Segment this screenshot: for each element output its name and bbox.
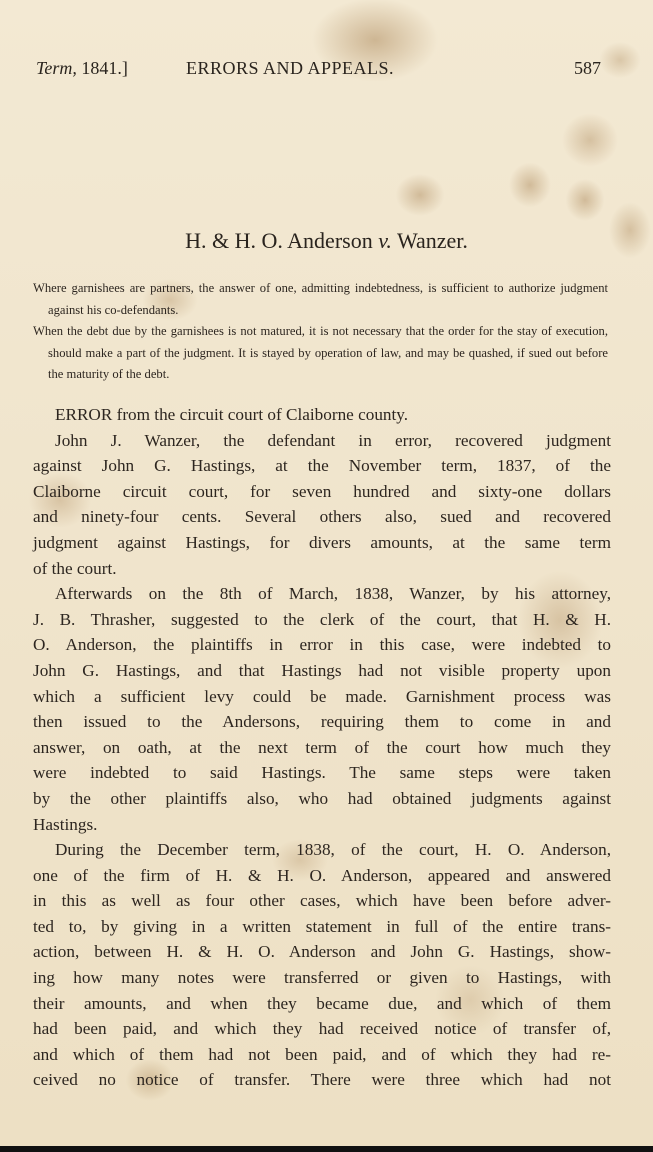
opinion-body: ERROR from the circuit court of Claiborn… bbox=[33, 402, 611, 1093]
text-line: and ninety-four cents. Several others al… bbox=[33, 504, 611, 530]
text-line: by the other plaintiffs also, who had ob… bbox=[33, 786, 611, 812]
paragraph-december-term: During the December term, 1838, of the c… bbox=[33, 837, 611, 1093]
text-line: answer, on oath, at the next term of the… bbox=[33, 735, 611, 761]
text-line: had been paid, and which they had receiv… bbox=[33, 1016, 611, 1042]
text-line: action, between H. & H. O. Anderson and … bbox=[33, 939, 611, 965]
text-line: and which of them had not been paid, and… bbox=[33, 1042, 611, 1068]
term-word: Term, bbox=[36, 58, 77, 78]
text-line: During the December term, 1838, of the c… bbox=[33, 837, 611, 863]
text-line: Claiborne circuit court, for seven hundr… bbox=[33, 479, 611, 505]
case-party-defendant: Wanzer. bbox=[397, 228, 468, 253]
text-line: judgment against Hastings, for divers am… bbox=[33, 530, 611, 556]
case-title: H. & H. O. Anderson v. Wanzer. bbox=[0, 228, 653, 254]
text-line: against John G. Hastings, at the Novembe… bbox=[33, 453, 611, 479]
text-line: then issued to the Andersons, requiring … bbox=[33, 709, 611, 735]
text-line: J. B. Thrasher, suggested to the clerk o… bbox=[33, 607, 611, 633]
text-line: their amounts, and when they became due,… bbox=[33, 991, 611, 1017]
headnotes: Where garnishees are partners, the answe… bbox=[33, 278, 608, 386]
text-line: in this as well as four other cases, whi… bbox=[33, 888, 611, 914]
page-number: 587 bbox=[574, 58, 601, 79]
paragraph-judgment: John J. Wanzer, the defendant in error, … bbox=[33, 428, 611, 582]
text-line: were indebted to said Hastings. The same… bbox=[33, 760, 611, 786]
text-line: ing how many notes were transferred or g… bbox=[33, 965, 611, 991]
text-line: one of the firm of H. & H. O. Anderson, … bbox=[33, 863, 611, 889]
text-line: Afterwards on the 8th of March, 1838, Wa… bbox=[33, 581, 611, 607]
text-line: John G. Hastings, and that Hastings had … bbox=[33, 658, 611, 684]
paragraph-error-from: ERROR from the circuit court of Claiborn… bbox=[33, 402, 611, 428]
case-versus: v. bbox=[378, 228, 392, 253]
headnote: Where garnishees are partners, the answe… bbox=[33, 278, 608, 321]
text-line: ted to, by giving in a written statement… bbox=[33, 914, 611, 940]
paragraph-garnishment: Afterwards on the 8th of March, 1838, Wa… bbox=[33, 581, 611, 837]
headnote: When the debt due by the garnishees is n… bbox=[33, 321, 608, 386]
running-head-section: ERRORS AND APPEALS. bbox=[186, 58, 394, 79]
text-line: O. Anderson, the plaintiffs in error in … bbox=[33, 632, 611, 658]
text-line: Hastings. bbox=[33, 812, 611, 838]
text-line: ceived no notice of transfer. There were… bbox=[33, 1067, 611, 1093]
text-line: John J. Wanzer, the defendant in error, … bbox=[33, 428, 611, 454]
scanned-page: Term, 1841.] ERRORS AND APPEALS. 587 H. … bbox=[0, 0, 653, 1152]
scan-bottom-edge bbox=[0, 1146, 653, 1152]
running-head-term: Term, 1841.] bbox=[36, 58, 128, 79]
term-year: 1841.] bbox=[81, 58, 128, 78]
text-line: which a sufficient levy could be made. G… bbox=[33, 684, 611, 710]
text-line: ERROR from the circuit court of Claiborn… bbox=[33, 402, 611, 428]
text-line: of the court. bbox=[33, 556, 611, 582]
running-head: Term, 1841.] ERRORS AND APPEALS. 587 bbox=[36, 58, 601, 82]
case-party-plaintiff: H. & H. O. Anderson bbox=[185, 228, 373, 253]
